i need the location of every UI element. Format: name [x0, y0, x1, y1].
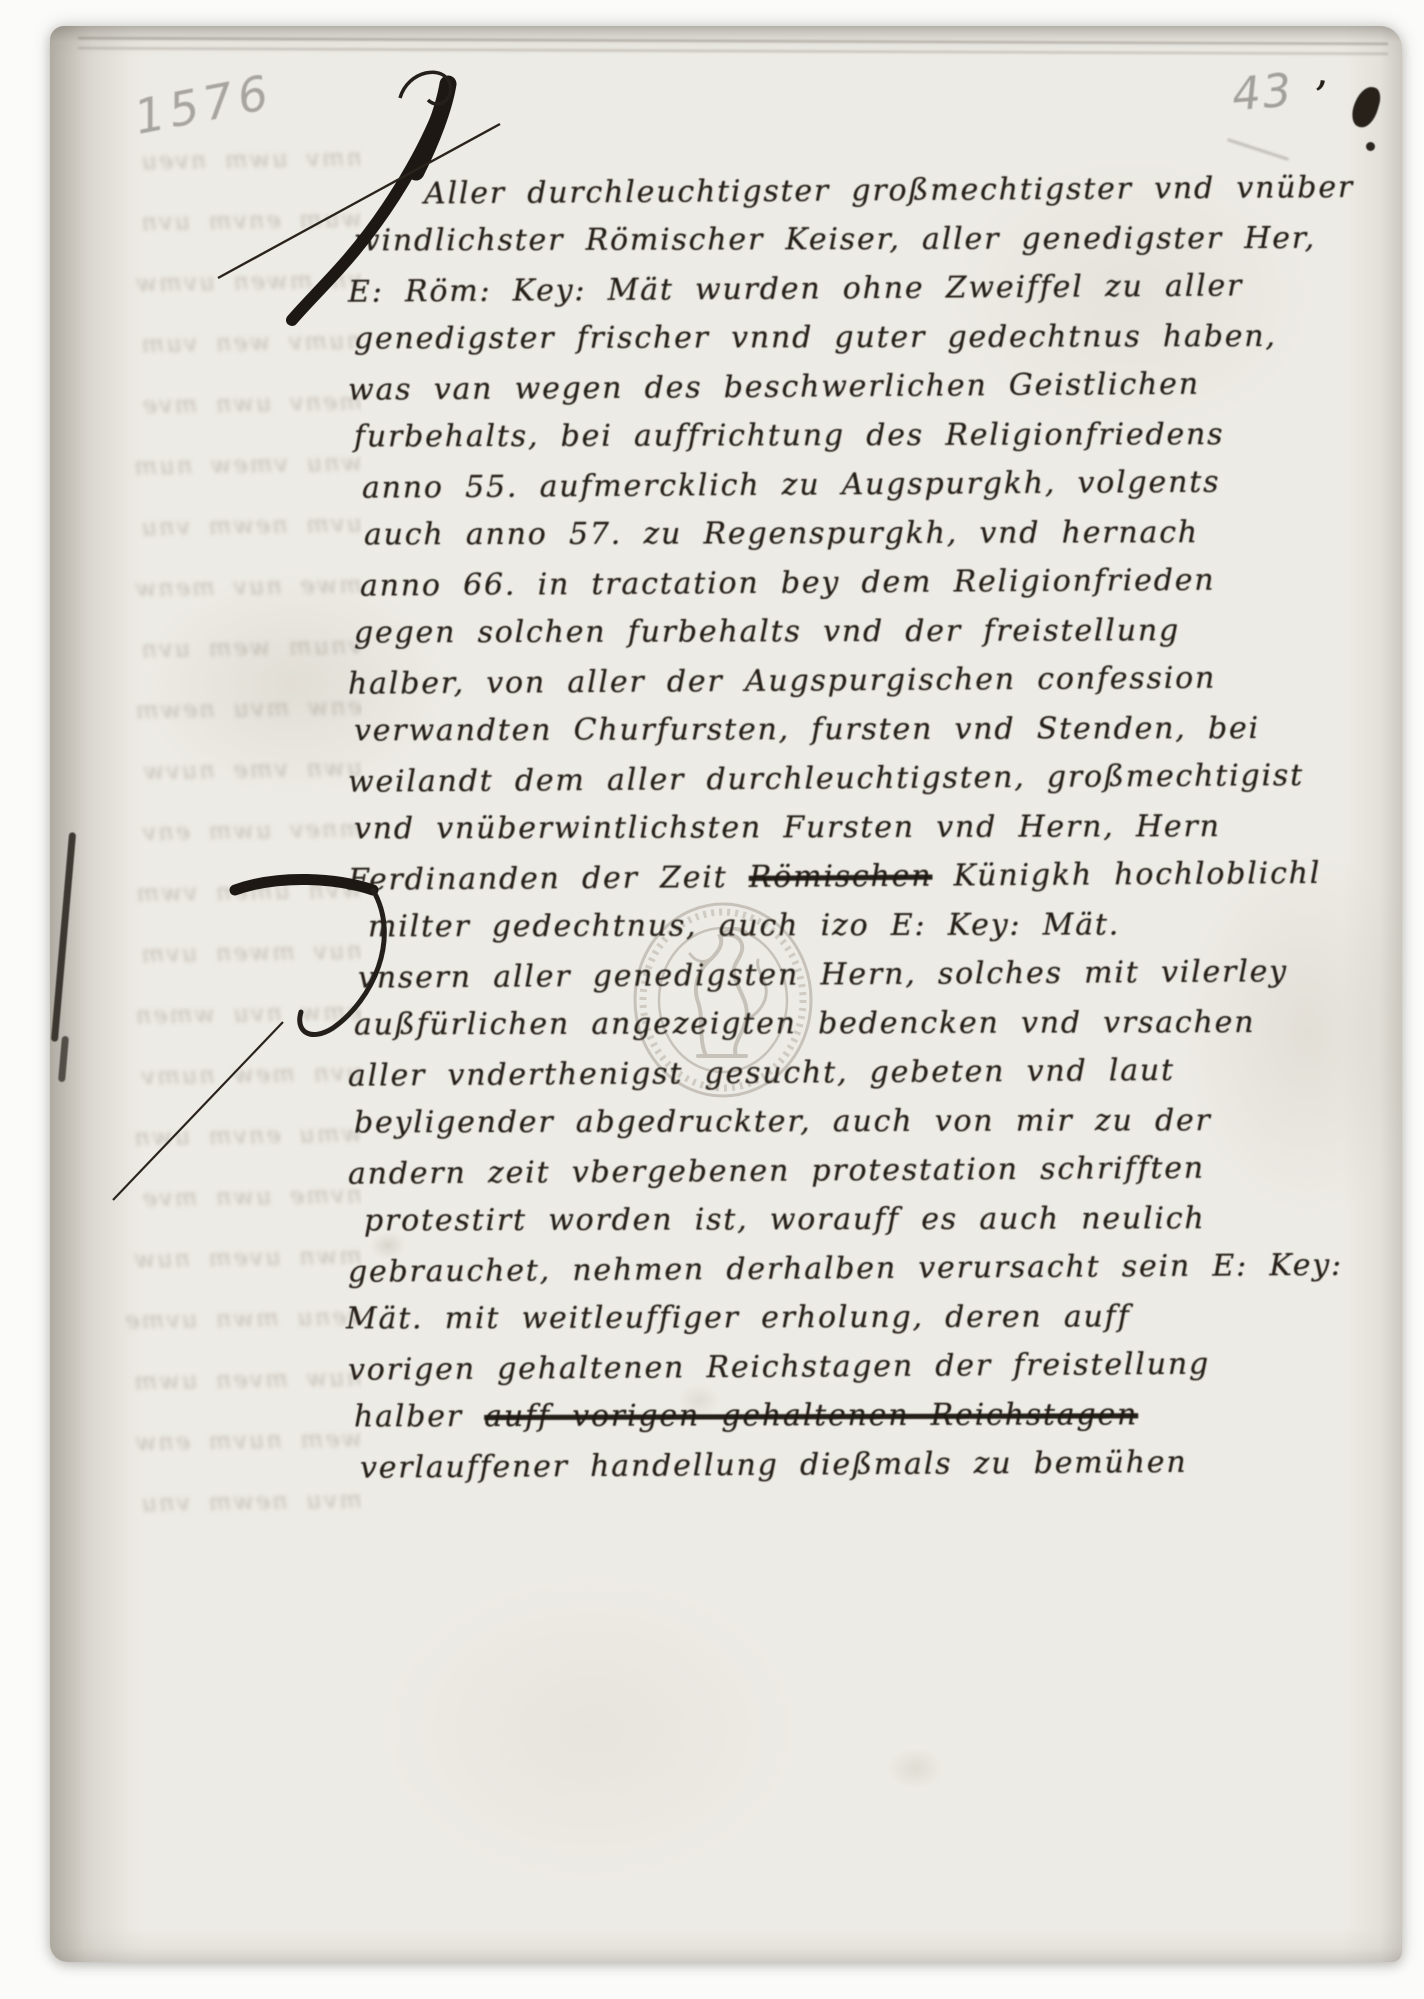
- manuscript-line: weilandt dem aller durchleuchtigsten, gr…: [348, 750, 1402, 806]
- folio-number-pencil: 43: [1230, 63, 1296, 121]
- bleedthrough-line: mwn uvem nuw: [62, 1225, 362, 1291]
- manuscript-line: beyligender abgedruckter, auch von mir z…: [354, 1096, 1402, 1148]
- bleedthrough-line: numv wen vum: [62, 310, 362, 376]
- manuscript-line: Aller durchleuchtigster großmechtigster …: [424, 163, 1402, 219]
- bleedthrough-line: nuv mwen uvm: [62, 920, 362, 986]
- manuscript-line: furbehalts, bei auffrichtung des Religio…: [354, 410, 1402, 462]
- bleedthrough-line: vn mwen uvmw: [62, 249, 362, 315]
- struck-through-text: Römischen: [749, 859, 933, 895]
- struck-through-text: auff vorigen gehaltenen Reichstagen: [484, 1397, 1138, 1434]
- pencil-scratch-mark: [1227, 138, 1289, 161]
- manuscript-text: halber: [354, 1399, 484, 1434]
- ink-blot: [1349, 84, 1384, 131]
- manuscript-text-block: Aller durchleuchtigster großmechtigster …: [348, 166, 1402, 1489]
- manuscript-line: protestirt worden ist, worauff es auch n…: [364, 1194, 1402, 1246]
- manuscript-text: Ferdinanden der Zeit: [348, 860, 749, 898]
- manuscript-line: außfürlichen angezeigten bedencken vnd v…: [354, 998, 1402, 1050]
- manuscript-line: Ferdinanden der Zeit Römischen Künigkh h…: [348, 848, 1402, 904]
- manuscript-line: halber auff vorigen gehaltenen Reichstag…: [354, 1390, 1402, 1442]
- bleedthrough-line: wnu vmew num: [62, 432, 362, 498]
- manuscript-line: vorigen gehaltenen Reichstagen der freis…: [348, 1338, 1402, 1394]
- manuscript-line: anno 55. aufmercklich zu Augspurgkh, vol…: [362, 456, 1402, 512]
- bleedthrough-line: mvu newm vnu: [62, 1469, 362, 1535]
- manuscript-line: was van wegen des beschwerlichen Geistli…: [348, 358, 1402, 414]
- manuscript-page: nmv uwm nveuwum envm uvnvn mwen uvmwnumv…: [50, 26, 1402, 1962]
- ink-tick-mark: ’: [1309, 71, 1330, 123]
- bleedthrough-line: uvm newm vnu: [62, 493, 362, 559]
- manuscript-line: milter gedechtnus, auch izo E: Key: Mät.: [368, 900, 1402, 952]
- manuscript-line: gebrauchet, nehmen derhalben verursacht …: [348, 1240, 1402, 1296]
- manuscript-line: auch anno 57. zu Regenspurgkh, vnd herna…: [364, 508, 1402, 560]
- bleedthrough-line: nvme uwn mve: [62, 1164, 362, 1230]
- manuscript-line: andern zeit vbergebenen protestation sch…: [348, 1142, 1402, 1198]
- bleedthrough-line: uvn mew numv: [62, 1042, 362, 1108]
- manuscript-line: genedigster frischer vnnd guter gedechtn…: [354, 312, 1402, 364]
- verso-bleedthrough: nmv uwm nveuwum envm uvnvn mwen uvmwnumv…: [62, 130, 362, 1560]
- manuscript-line: halber, von aller der Augspurgischen con…: [348, 652, 1402, 708]
- bleedthrough-line: wmu envm uwn: [62, 1103, 362, 1169]
- bleedthrough-line: vnum wem uvn: [62, 615, 362, 681]
- bleedthrough-line: enw mvu newm: [62, 676, 362, 742]
- bleedthrough-line: emw nvu wmen: [62, 981, 362, 1047]
- manuscript-text: Künigkh hochloblichl: [932, 856, 1321, 894]
- manuscript-line: E: Röm: Key: Mät wurden ohne Zweiffel zu…: [348, 260, 1402, 316]
- bleedthrough-line: nmv uwm nveu: [62, 130, 362, 194]
- manuscript-line: verlauffener handellung dießmals zu bemü…: [360, 1436, 1402, 1492]
- bleedthrough-line: wem nuvm enw: [62, 1408, 362, 1474]
- bleedthrough-line: menv uwn mve: [62, 371, 362, 437]
- manuscript-line: aller vnderthenigst gesucht, gebeten vnd…: [348, 1044, 1402, 1100]
- bleedthrough-line: nuw mven uwm: [62, 1347, 362, 1413]
- bleedthrough-line: uwn vme nuvw: [62, 737, 362, 803]
- manuscript-line: anno 66. in tractation bey dem Religionf…: [360, 554, 1402, 610]
- manuscript-line: verwandten Churfursten, fursten vnd Sten…: [354, 704, 1402, 756]
- ink-speck: [1366, 142, 1375, 151]
- bleedthrough-line: mnev uwm env: [62, 798, 362, 864]
- manuscript-line: vnd vnüberwintlichsten Fursten vnd Hern,…: [354, 802, 1402, 854]
- manuscript-line: gegen solchen furbehalts vnd der freiste…: [354, 606, 1402, 658]
- page-edge-top-ridge: [78, 47, 1388, 55]
- bleedthrough-line: mwe nuv menw: [62, 554, 362, 620]
- bleedthrough-line: venu mwn uvme: [62, 1286, 362, 1352]
- bleedthrough-line: wum envm uvn: [62, 188, 362, 254]
- manuscript-line: windlichster Römischer Keiser, aller gen…: [354, 214, 1402, 266]
- manuscript-line: vnsern aller genedigsten Hern, solches m…: [358, 946, 1402, 1002]
- manuscript-line: Mät. mit weitleuffiger erholung, deren a…: [346, 1292, 1402, 1344]
- bleedthrough-line: wvn umen vwm: [62, 859, 362, 925]
- scanned-document: nmv uwm nveuwum envm uvnvn mwen uvmwnumv…: [0, 0, 1424, 1999]
- page-edge-top-ridge: [78, 37, 1388, 45]
